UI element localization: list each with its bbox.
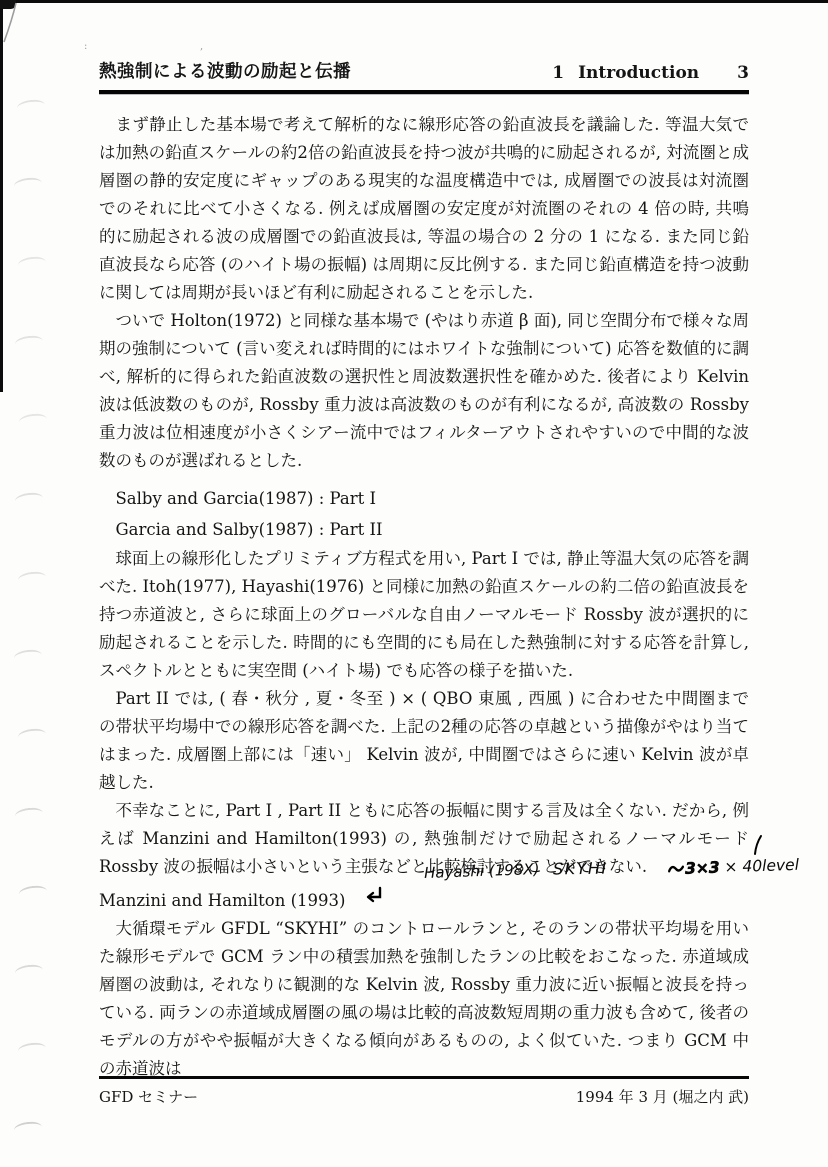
footer-row: GFD セミナー 1994 年 3 月 (堀之内 武): [99, 1086, 749, 1107]
binding-mark: [16, 98, 45, 114]
paragraph: 大循環モデル GFDL “SKYHI” のコントロールランと, そのランの帯状平…: [99, 915, 749, 1083]
paragraph: まず静止した基本場で考えて解析的なに線形応答の鉛直波長を議論した. 等温大気では…: [99, 111, 749, 307]
handwritten-grid-levels: × 40level: [724, 856, 799, 877]
handwritten-note-grid: 3×3 × 40level: [668, 856, 800, 879]
citation-manzini-hamilton: Manzini and Hamilton (1993): [99, 891, 345, 910]
binding-mark: [14, 963, 43, 979]
citation-garcia-salby: Garcia and Salby(1987) : Part II: [99, 514, 749, 545]
footer-seminar-label: GFD セミナー: [99, 1086, 198, 1107]
page-footer: GFD セミナー 1994 年 3 月 (堀之内 武): [99, 1076, 749, 1107]
citation-salby-garcia: Salby and Garcia(1987) : Part I: [99, 483, 749, 514]
scan-speck: :: [84, 42, 87, 52]
binding-mark: [17, 255, 46, 271]
document-title: 熱強制による波動の励起と伝播: [99, 58, 351, 83]
binding-mark: [13, 1120, 42, 1136]
binding-mark: [13, 648, 42, 664]
page-header: 熱強制による波動の励起と伝播 1 Introduction 3: [99, 58, 749, 83]
page-number: 3: [737, 63, 749, 83]
citation-block: Salby and Garcia(1987) : Part I Garcia a…: [99, 483, 749, 545]
scan-edge-left: [0, 0, 3, 392]
document-body: まず静止した基本場で考えて解析的なに線形応答の鉛直波長を議論した. 等温大気では…: [99, 111, 749, 1083]
handwritten-grid-size: 3×3: [685, 858, 720, 877]
binding-mark: [17, 727, 46, 743]
handwritten-return-arrow-icon: [363, 886, 385, 906]
text-column: 熱強制による波動の励起と伝播 1 Introduction 3 まず静止した基本…: [99, 0, 749, 1083]
binding-mark: [14, 491, 43, 507]
binding-mark: [18, 412, 47, 428]
footer-date-author: 1994 年 3 月 (堀之内 武): [576, 1086, 749, 1107]
header-rule: [99, 90, 749, 94]
binding-mark: [17, 1041, 46, 1057]
footer-rule: [99, 1076, 749, 1079]
handwritten-note-skyhi: SKYHI: [553, 859, 608, 879]
binding-mark: [14, 334, 43, 350]
paragraph: 球面上の線形化したプリミティブ方程式を用い, Part I では, 静止等温大気…: [99, 545, 749, 685]
section-title: Introduction: [578, 63, 699, 83]
binding-mark: [13, 176, 42, 192]
paragraph: Part II では, ( 春・秋分 , 夏・冬至 ) × ( QBO 東風 ,…: [99, 685, 749, 797]
binding-mark: [18, 884, 47, 900]
page-corner-curl-icon: [2, 2, 36, 50]
binding-mark: [14, 806, 43, 822]
squiggle-mark-icon: [668, 863, 684, 876]
citation-manzini-row: Manzini and Hamilton (1993): [99, 887, 749, 915]
section-number: 1: [552, 63, 564, 83]
paragraph: ついで Holton(1972) と同様な基本場で (やはり赤道 β 面), 同…: [99, 307, 749, 475]
scanned-document-page: : , 熱強制による波動の励起と伝播 1 Introduction 3 まず静止…: [0, 0, 828, 1167]
handwritten-tick-mark-icon: [751, 834, 765, 856]
binding-mark: [17, 570, 46, 586]
running-head: 1 Introduction 3: [552, 63, 749, 83]
